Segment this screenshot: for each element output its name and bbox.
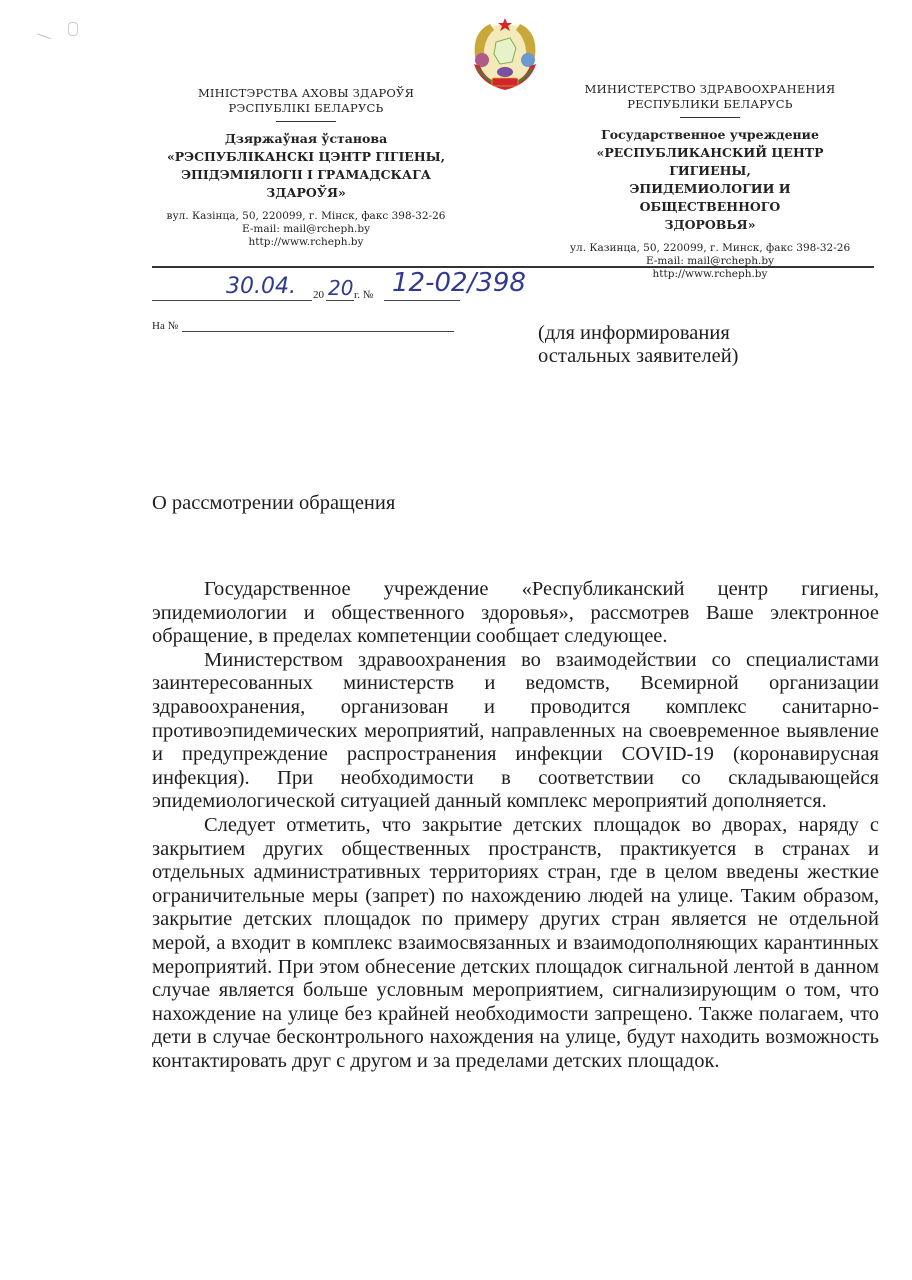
institution-name-ru: Государственное учреждение «РЕСПУБЛИКАНС… <box>560 126 860 234</box>
divider <box>276 121 336 122</box>
ministry-name-by: МІНІСТЭРСТВА АХОВЫ ЗДАРОЎЯ РЭСПУБЛІКІ БЕ… <box>150 86 462 116</box>
date-line <box>152 300 312 301</box>
letter-body: Государственное учреждение «Республиканс… <box>152 578 879 1073</box>
paragraph: Следует отметить, что закрытие детских п… <box>152 814 879 1074</box>
year-handwritten: 20 <box>328 276 353 300</box>
header-right: МИНИСТЕРСТВО ЗДРАВООХРАНЕНИЯ РЕСПУБЛИКИ … <box>560 82 860 281</box>
reply-label: На № <box>152 320 178 332</box>
paragraph: Министерством здравоохранения во взаимод… <box>152 649 879 814</box>
website-ru: http://www.rcheph.by <box>560 268 860 281</box>
address-ru: ул. Казинца, 50, 220099, г. Минск, факс … <box>560 242 860 281</box>
addressee: (для информирования остальных заявителей… <box>538 322 739 368</box>
year-suffix: г. № <box>354 289 373 301</box>
year-line <box>326 300 354 301</box>
ministry-name-ru: МИНИСТЕРСТВО ЗДРАВООХРАНЕНИЯ РЕСПУБЛИКИ … <box>560 82 860 112</box>
divider <box>680 117 740 118</box>
year-prefix: 20 <box>313 289 324 301</box>
institution-name-by: Дзяржаўная ўстанова «РЭСПУБЛІКАНСКІ ЦЭНТ… <box>150 130 462 202</box>
paragraph: Государственное учреждение «Республиканс… <box>152 578 879 649</box>
address-by: вул. Казінца, 50, 220099, г. Мінск, факс… <box>150 210 462 249</box>
header-left: МІНІСТЭРСТВА АХОВЫ ЗДАРОЎЯ РЭСПУБЛІКІ БЕ… <box>150 86 462 249</box>
scan-mark <box>37 28 53 39</box>
subject: О рассмотрении обращения <box>152 492 395 515</box>
coat-of-arms-icon <box>460 12 550 98</box>
website-by: http://www.rcheph.by <box>150 236 462 249</box>
scan-mark <box>68 22 78 36</box>
reply-line <box>182 331 454 332</box>
number-line <box>384 300 460 301</box>
number-handwritten: 12-02/398 <box>392 268 526 298</box>
date-handwritten: 30.04. <box>226 274 296 299</box>
email-by: E-mail: mail@rcheph.by <box>150 223 462 236</box>
